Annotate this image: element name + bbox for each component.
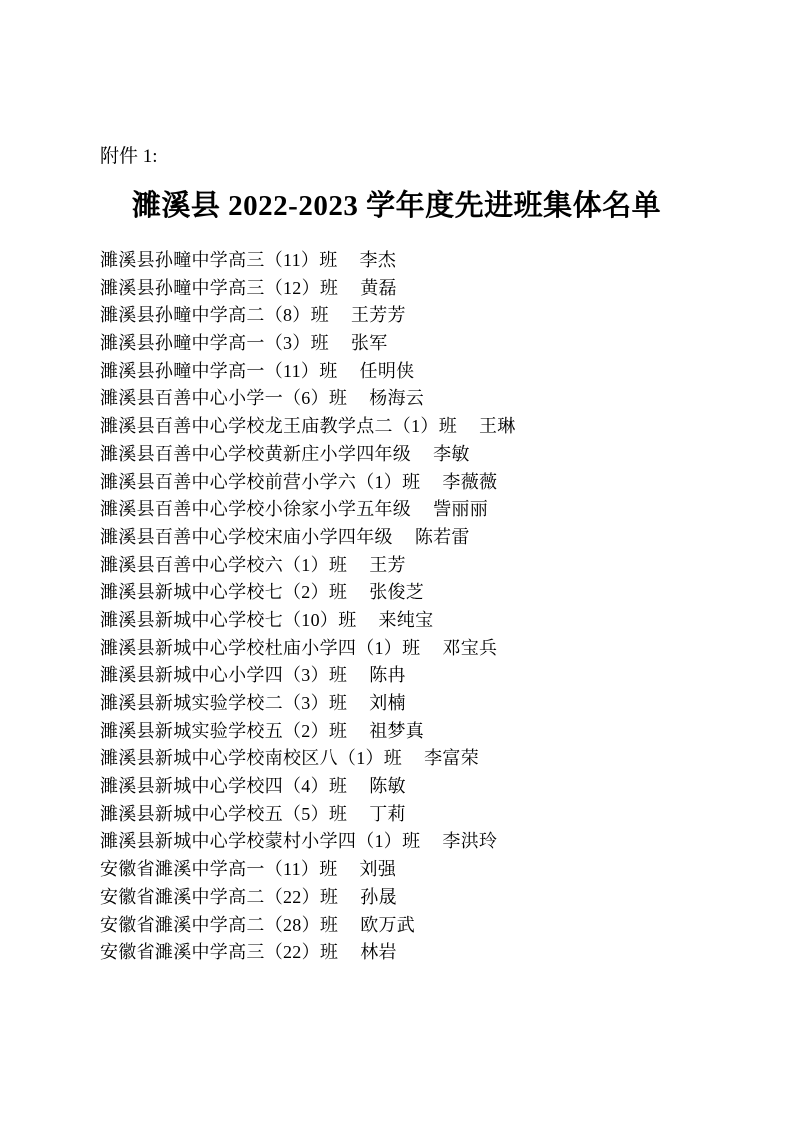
- class-label: 濉溪县百善中心小学一（6）班: [100, 388, 347, 408]
- class-label: 濉溪县新城中心小学四（3）班: [100, 665, 347, 685]
- list-item: 濉溪县孙疃中学高一（11）班任明侠: [100, 358, 753, 386]
- person-name: 李敏: [433, 444, 470, 464]
- award-list: 濉溪县孙疃中学高三（11）班李杰 濉溪县孙疃中学高三（12）班黄磊 濉溪县孙疃中…: [100, 247, 753, 967]
- class-label: 濉溪县百善中心学校龙王庙教学点二（1）班: [100, 416, 457, 436]
- person-name: 李富荣: [424, 748, 479, 768]
- person-name: 邓宝兵: [442, 638, 497, 658]
- list-item: 安徽省濉溪中学高一（11）班刘强: [100, 856, 753, 884]
- class-label: 濉溪县孙疃中学高一（11）班: [100, 361, 338, 381]
- person-name: 孙晟: [360, 887, 397, 907]
- person-name: 訾丽丽: [433, 499, 488, 519]
- document-page: 附件 1: 濉溪县 2022-2023 学年度先进班集体名单 濉溪县孙疃中学高三…: [0, 0, 793, 1122]
- list-item: 濉溪县新城中心小学四（3）班陈冉: [100, 662, 753, 690]
- class-label: 濉溪县百善中心学校六（1）班: [100, 555, 347, 575]
- list-item: 濉溪县百善中心学校小徐家小学五年级訾丽丽: [100, 496, 753, 524]
- person-name: 刘楠: [369, 693, 406, 713]
- person-name: 祖梦真: [369, 721, 424, 741]
- person-name: 陈若雷: [415, 527, 470, 547]
- page-title: 濉溪县 2022-2023 学年度先进班集体名单: [0, 187, 793, 225]
- class-label: 濉溪县百善中心学校黄新庄小学四年级: [100, 444, 411, 464]
- class-label: 濉溪县新城中心学校南校区八（1）班: [100, 748, 402, 768]
- list-item: 濉溪县新城中心学校杜庙小学四（1）班邓宝兵: [100, 635, 753, 663]
- class-label: 安徽省濉溪中学高二（22）班: [100, 887, 338, 907]
- class-label: 濉溪县孙疃中学高三（12）班: [100, 278, 338, 298]
- person-name: 王芳: [369, 555, 406, 575]
- list-item: 濉溪县孙疃中学高二（8）班王芳芳: [100, 302, 753, 330]
- list-item: 濉溪县百善中心学校龙王庙教学点二（1）班王琳: [100, 413, 753, 441]
- list-item: 濉溪县百善中心学校黄新庄小学四年级李敏: [100, 441, 753, 469]
- person-name: 任明侠: [360, 361, 415, 381]
- list-item: 濉溪县百善中心学校宋庙小学四年级陈若雷: [100, 524, 753, 552]
- list-item: 濉溪县新城中心学校南校区八（1）班李富荣: [100, 745, 753, 773]
- person-name: 张军: [351, 333, 388, 353]
- person-name: 张俊芝: [369, 582, 424, 602]
- class-label: 濉溪县新城中心学校蒙村小学四（1）班: [100, 831, 420, 851]
- class-label: 安徽省濉溪中学高二（28）班: [100, 915, 338, 935]
- list-item: 濉溪县百善中心小学一（6）班杨海云: [100, 385, 753, 413]
- list-item: 濉溪县百善中心学校前营小学六（1）班李薇薇: [100, 469, 753, 497]
- person-name: 林岩: [360, 942, 397, 962]
- list-item: 安徽省濉溪中学高二（22）班孙晟: [100, 884, 753, 912]
- person-name: 刘强: [360, 859, 397, 879]
- list-item: 濉溪县孙疃中学高一（3）班张军: [100, 330, 753, 358]
- list-item: 濉溪县新城实验学校二（3）班刘楠: [100, 690, 753, 718]
- list-item: 濉溪县新城中心学校五（5）班丁莉: [100, 801, 753, 829]
- class-label: 濉溪县孙疃中学高一（3）班: [100, 333, 329, 353]
- class-label: 濉溪县新城实验学校五（2）班: [100, 721, 347, 741]
- list-item: 濉溪县新城中心学校蒙村小学四（1）班李洪玲: [100, 828, 753, 856]
- class-label: 濉溪县孙疃中学高三（11）班: [100, 250, 338, 270]
- person-name: 李杰: [360, 250, 397, 270]
- person-name: 陈冉: [369, 665, 406, 685]
- person-name: 李洪玲: [442, 831, 497, 851]
- class-label: 安徽省濉溪中学高三（22）班: [100, 942, 338, 962]
- person-name: 李薇薇: [442, 472, 497, 492]
- person-name: 王芳芳: [351, 305, 406, 325]
- class-label: 濉溪县新城中心学校七（2）班: [100, 582, 347, 602]
- class-label: 濉溪县孙疃中学高二（8）班: [100, 305, 329, 325]
- class-label: 濉溪县百善中心学校前营小学六（1）班: [100, 472, 420, 492]
- attachment-label: 附件 1:: [100, 145, 158, 169]
- class-label: 濉溪县百善中心学校宋庙小学四年级: [100, 527, 393, 547]
- list-item: 濉溪县孙疃中学高三（12）班黄磊: [100, 275, 753, 303]
- person-name: 杨海云: [369, 388, 424, 408]
- list-item: 安徽省濉溪中学高三（22）班林岩: [100, 939, 753, 967]
- class-label: 濉溪县新城中心学校五（5）班: [100, 804, 347, 824]
- class-label: 濉溪县新城实验学校二（3）班: [100, 693, 347, 713]
- list-item: 濉溪县孙疃中学高三（11）班李杰: [100, 247, 753, 275]
- class-label: 濉溪县新城中心学校杜庙小学四（1）班: [100, 638, 420, 658]
- person-name: 欧万武: [360, 915, 415, 935]
- class-label: 濉溪县新城中心学校七（10）班: [100, 610, 357, 630]
- class-label: 濉溪县新城中心学校四（4）班: [100, 776, 347, 796]
- list-item: 濉溪县新城中心学校七（2）班张俊芝: [100, 579, 753, 607]
- class-label: 安徽省濉溪中学高一（11）班: [100, 859, 338, 879]
- list-item: 安徽省濉溪中学高二（28）班欧万武: [100, 912, 753, 940]
- list-item: 濉溪县百善中心学校六（1）班王芳: [100, 552, 753, 580]
- person-name: 丁莉: [369, 804, 406, 824]
- person-name: 来纯宝: [379, 610, 434, 630]
- class-label: 濉溪县百善中心学校小徐家小学五年级: [100, 499, 411, 519]
- list-item: 濉溪县新城中心学校七（10）班来纯宝: [100, 607, 753, 635]
- person-name: 黄磊: [360, 278, 397, 298]
- person-name: 王琳: [479, 416, 516, 436]
- list-item: 濉溪县新城实验学校五（2）班祖梦真: [100, 718, 753, 746]
- list-item: 濉溪县新城中心学校四（4）班陈敏: [100, 773, 753, 801]
- person-name: 陈敏: [369, 776, 406, 796]
